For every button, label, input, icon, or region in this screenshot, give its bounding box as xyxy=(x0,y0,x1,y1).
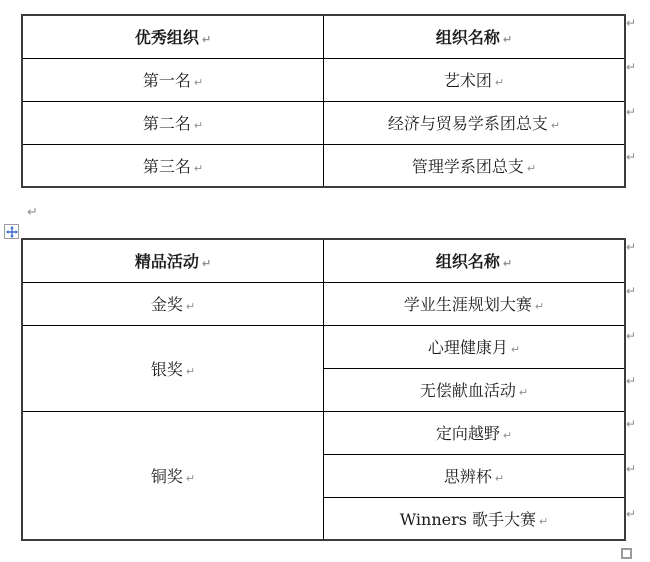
row-end-mark: ↵ xyxy=(626,61,636,73)
row-end-mark: ↵ xyxy=(626,151,636,163)
row-end-mark: ↵ xyxy=(626,375,636,387)
cell-end-mark: ↵ xyxy=(511,343,520,356)
cell-end-mark: ↵ xyxy=(503,33,512,46)
table-header-row: 精品活动↵ 组织名称↵ xyxy=(22,239,625,282)
cell-end-mark: ↵ xyxy=(186,472,195,485)
table-move-handle[interactable] xyxy=(4,224,19,239)
table-row: 铜奖↵ 定向越野↵ xyxy=(22,411,625,454)
rank-text: 第二名 xyxy=(143,114,191,133)
table-row: 银奖↵ 心理健康月↵ xyxy=(22,325,625,368)
cell-end-mark: ↵ xyxy=(194,119,203,132)
header-cell-quality-activity[interactable]: 精品活动↵ xyxy=(22,239,324,282)
header-label: 优秀组织 xyxy=(135,28,199,47)
award-cell-silver[interactable]: 银奖↵ xyxy=(22,325,324,411)
award-cell-gold[interactable]: 金奖↵ xyxy=(22,282,324,325)
cell-end-mark: ↵ xyxy=(495,472,504,485)
cell-end-mark: ↵ xyxy=(503,429,512,442)
award-text: 金奖 xyxy=(151,295,183,314)
header-cell-excellent-org[interactable]: 优秀组织↵ xyxy=(22,15,324,58)
activity-cell[interactable]: 学业生涯规划大赛↵ xyxy=(324,282,626,325)
cell-end-mark: ↵ xyxy=(519,386,528,399)
row-end-mark: ↵ xyxy=(626,508,636,520)
cell-end-mark: ↵ xyxy=(495,76,504,89)
activity-cell[interactable]: 心理健康月↵ xyxy=(324,325,626,368)
rank-cell[interactable]: 第二名↵ xyxy=(22,101,324,144)
cell-end-mark: ↵ xyxy=(503,257,512,270)
award-text: 铜奖 xyxy=(151,467,183,486)
row-end-mark: ↵ xyxy=(626,418,636,430)
activity-text: 心理健康月 xyxy=(428,338,508,357)
header-cell-org-name[interactable]: 组织名称↵ xyxy=(324,239,626,282)
award-text: 银奖 xyxy=(151,360,183,379)
cell-end-mark: ↵ xyxy=(202,257,211,270)
award-cell-bronze[interactable]: 铜奖↵ xyxy=(22,411,324,540)
activity-cell[interactable]: Winners 歌手大赛↵ xyxy=(324,497,626,540)
table-row: 第三名↵ 管理学系团总支↵ xyxy=(22,144,625,187)
activity-text: 思辨杯 xyxy=(444,467,492,486)
cell-end-mark: ↵ xyxy=(186,300,195,313)
header-cell-org-name[interactable]: 组织名称↵ xyxy=(324,15,626,58)
cell-end-mark: ↵ xyxy=(194,162,203,175)
table-resize-handle[interactable] xyxy=(621,548,632,559)
table-row: 第一名↵ 艺术团↵ xyxy=(22,58,625,101)
rank-text: 第三名 xyxy=(143,157,191,176)
table-header-row: 优秀组织↵ 组织名称↵ xyxy=(22,15,625,58)
rank-text: 第一名 xyxy=(143,71,191,90)
activity-text: 学业生涯规划大赛 xyxy=(404,295,532,314)
activity-cell[interactable]: 定向越野↵ xyxy=(324,411,626,454)
activity-cell[interactable]: 无偿献血活动↵ xyxy=(324,368,626,411)
header-label: 精品活动 xyxy=(135,252,199,271)
row-end-mark: ↵ xyxy=(626,106,636,118)
activity-cell[interactable]: 思辨杯↵ xyxy=(324,454,626,497)
org-text: 艺术团 xyxy=(444,71,492,90)
cell-end-mark: ↵ xyxy=(194,76,203,89)
activity-text: 无偿献血活动 xyxy=(420,381,516,400)
header-label: 组织名称 xyxy=(436,252,500,271)
org-cell[interactable]: 艺术团↵ xyxy=(324,58,626,101)
rank-cell[interactable]: 第三名↵ xyxy=(22,144,324,187)
row-end-mark: ↵ xyxy=(626,463,636,475)
table-row: 第二名↵ 经济与贸易学系团总支↵ xyxy=(22,101,625,144)
activity-text: Winners 歌手大赛 xyxy=(400,510,536,529)
paragraph-mark: ↵ xyxy=(27,206,38,219)
org-text: 经济与贸易学系团总支 xyxy=(388,114,548,133)
header-label: 组织名称 xyxy=(436,28,500,47)
cell-end-mark: ↵ xyxy=(527,162,536,175)
cell-end-mark: ↵ xyxy=(186,365,195,378)
cell-end-mark: ↵ xyxy=(539,515,548,528)
row-end-mark: ↵ xyxy=(626,17,636,29)
table-row: 金奖↵ 学业生涯规划大赛↵ xyxy=(22,282,625,325)
org-cell[interactable]: 管理学系团总支↵ xyxy=(324,144,626,187)
word-document-page: 优秀组织↵ 组织名称↵ 第一名↵ 艺术团↵ 第二名↵ 经济与贸易学系团总支↵ 第… xyxy=(0,0,650,562)
org-text: 管理学系团总支 xyxy=(412,157,524,176)
cell-end-mark: ↵ xyxy=(551,119,560,132)
cell-end-mark: ↵ xyxy=(202,33,211,46)
org-cell[interactable]: 经济与贸易学系团总支↵ xyxy=(324,101,626,144)
row-end-mark: ↵ xyxy=(626,241,636,253)
row-end-mark: ↵ xyxy=(626,330,636,342)
quality-activities-table: 精品活动↵ 组织名称↵ 金奖↵ 学业生涯规划大赛↵ 银奖↵ 心理健康月↵ 无偿献… xyxy=(21,238,626,541)
move-arrows-icon xyxy=(6,226,18,238)
excellent-organizations-table: 优秀组织↵ 组织名称↵ 第一名↵ 艺术团↵ 第二名↵ 经济与贸易学系团总支↵ 第… xyxy=(21,14,626,188)
rank-cell[interactable]: 第一名↵ xyxy=(22,58,324,101)
row-end-mark: ↵ xyxy=(626,285,636,297)
activity-text: 定向越野 xyxy=(436,424,500,443)
cell-end-mark: ↵ xyxy=(535,300,544,313)
